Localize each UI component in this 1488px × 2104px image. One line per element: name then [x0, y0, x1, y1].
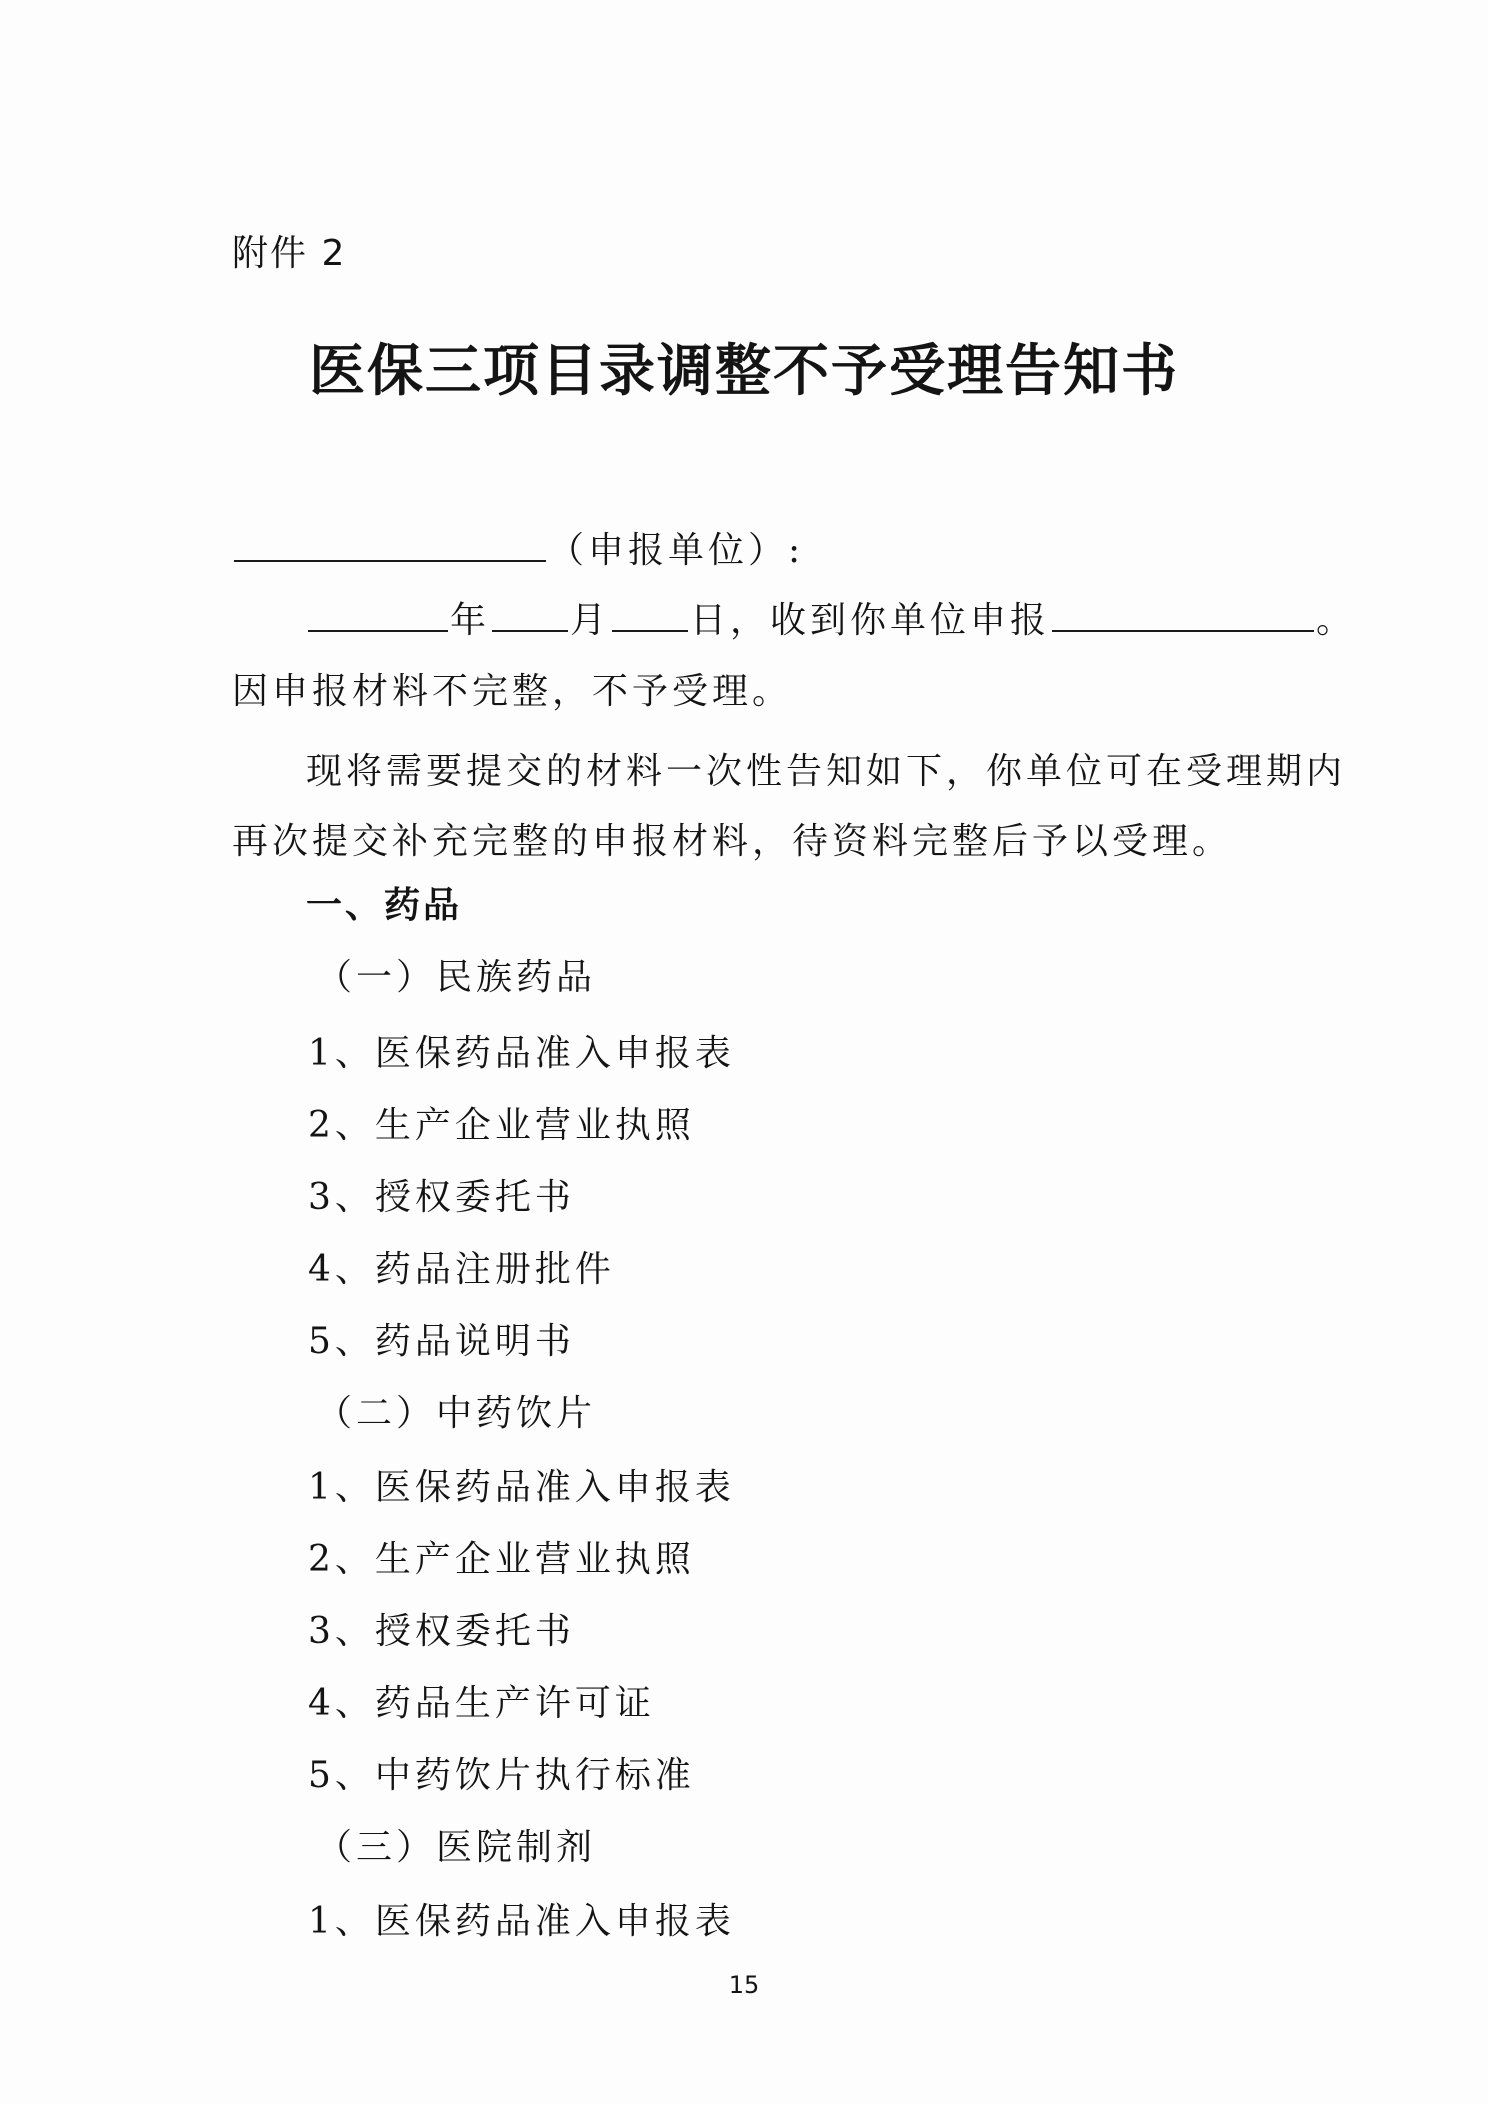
- list-item: 3、授权委托书: [308, 1174, 575, 1222]
- applicant-blank: [234, 526, 546, 562]
- subsection-heading-herbal-pieces: （二）中药饮片: [316, 1390, 596, 1438]
- subsection-heading-ethnic-drugs: （一）民族药品: [316, 954, 596, 1002]
- list-item: 2、生产企业营业执照: [308, 1102, 695, 1150]
- notice-line-1: 现将需要提交的材料一次性告知如下，你单位可在受理期内: [306, 748, 1346, 796]
- list-item: 3、授权委托书: [308, 1608, 575, 1656]
- addressee-suffix: （申报单位）:: [548, 530, 804, 571]
- list-item: 2、生产企业营业执照: [308, 1536, 695, 1584]
- list-item: 1、医保药品准入申报表: [308, 1030, 735, 1078]
- end-punct: 。: [1316, 600, 1356, 641]
- declared-item-blank: [1052, 596, 1314, 632]
- list-item: 1、医保药品准入申报表: [308, 1464, 735, 1512]
- attachment-label: 附件 2: [232, 232, 346, 276]
- section-heading-drugs: 一、药品: [306, 882, 462, 930]
- date-line: 年月日，收到你单位申报。: [306, 596, 1356, 645]
- addressee-line: （申报单位）:: [232, 526, 804, 575]
- list-item: 1、医保药品准入申报表: [308, 1898, 735, 1946]
- reason-line: 因申报材料不完整，不予受理。: [232, 668, 792, 716]
- document-title: 医保三项目录调整不予受理告知书: [0, 336, 1488, 406]
- month-blank: [492, 596, 568, 632]
- notice-line-2: 再次提交补充完整的申报材料，待资料完整后予以受理。: [232, 818, 1232, 866]
- subsection-heading-hospital-preparations: （三）医院制剂: [316, 1824, 596, 1872]
- day-label: 日，收到你单位申报: [690, 600, 1050, 641]
- list-item: 5、药品说明书: [308, 1318, 575, 1366]
- document-page: 附件 2 医保三项目录调整不予受理告知书 （申报单位）: 年月日，收到你单位申报…: [0, 0, 1488, 2104]
- list-item: 4、药品注册批件: [308, 1246, 615, 1294]
- year-label: 年: [450, 600, 490, 641]
- month-label: 月: [570, 600, 610, 641]
- list-item: 4、药品生产许可证: [308, 1680, 655, 1728]
- list-item: 5、中药饮片执行标准: [308, 1752, 695, 1800]
- page-number: 15: [0, 1970, 1488, 2000]
- day-blank: [612, 596, 688, 632]
- year-blank: [308, 596, 448, 632]
